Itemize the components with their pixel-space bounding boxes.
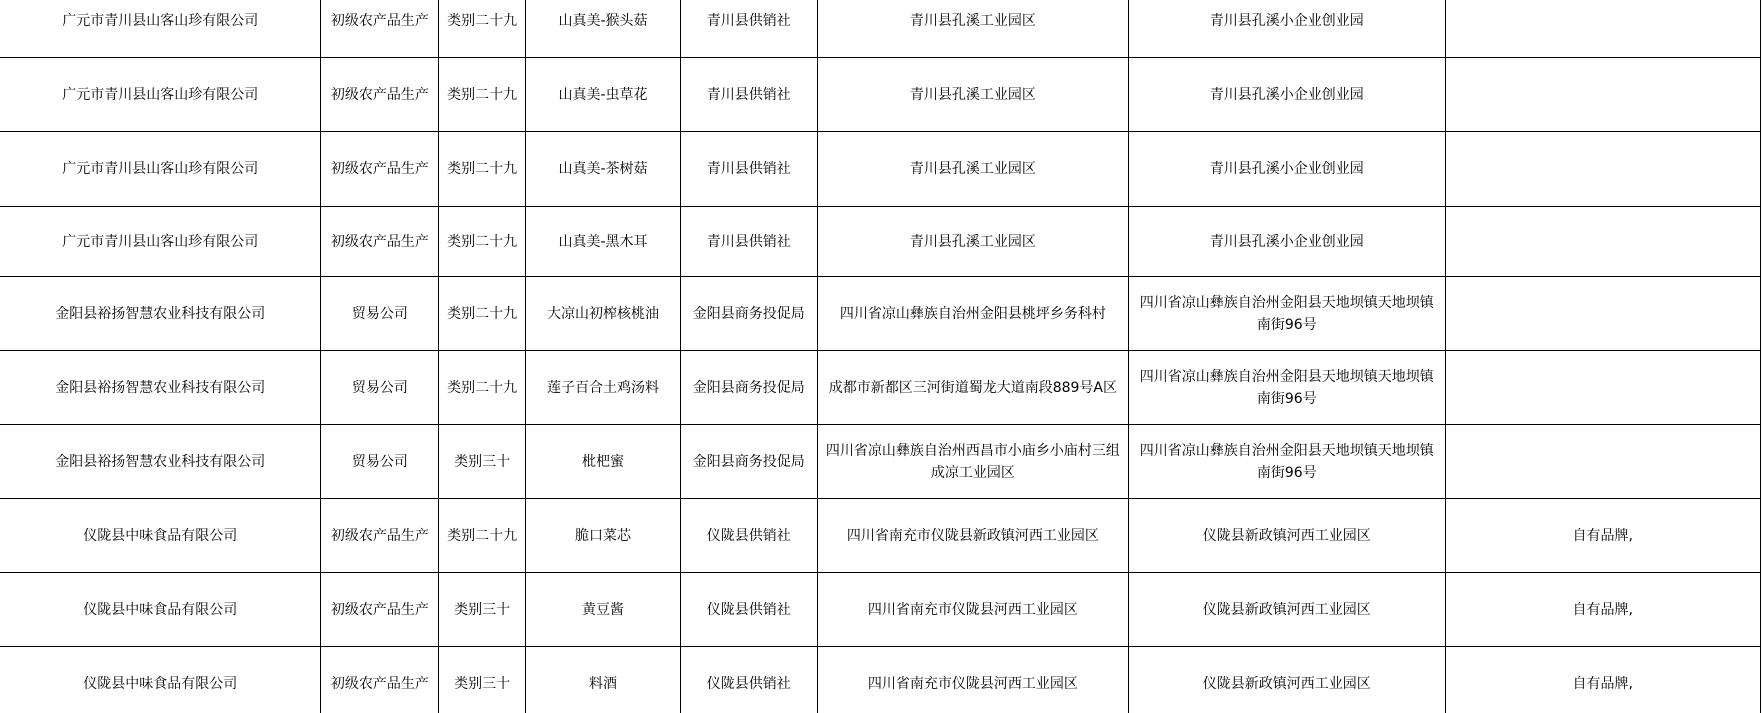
cell-org: 仪陇县供销社 [680, 647, 817, 713]
cell-product: 莲子百合土鸡汤料 [526, 351, 681, 425]
cell-category: 类别二十九 [439, 277, 526, 351]
cell-brand [1445, 425, 1761, 499]
cell-category: 类别二十九 [439, 58, 526, 132]
cell-org: 金阳县商务投促局 [680, 277, 817, 351]
cell-address: 青川县孔溪工业园区 [817, 58, 1128, 132]
cell-park: 四川省凉山彝族自治州金阳县天地坝镇天地坝镇南街96号 [1129, 351, 1445, 425]
cell-address: 四川省南充市仪陇县新政镇河西工业园区 [817, 499, 1128, 573]
cell-park: 仪陇县新政镇河西工业园区 [1129, 499, 1445, 573]
cell-park: 青川县孔溪小企业创业园 [1129, 58, 1445, 132]
cell-address: 四川省凉山彝族自治州金阳县桃坪乡务科村 [817, 277, 1128, 351]
cell-product: 山真美-黑木耳 [526, 207, 681, 277]
table-row: 仪陇县中味食品有限公司 初级农产品生产 类别三十 黄豆酱 仪陇县供销社 四川省南… [0, 573, 1761, 647]
cell-product: 枇杷蜜 [526, 425, 681, 499]
cell-type: 贸易公司 [321, 425, 439, 499]
cell-address: 青川县孔溪工业园区 [817, 207, 1128, 277]
table-row: 广元市青川县山客山珍有限公司 初级农产品生产 类别二十九 山真美-虫草花 青川县… [0, 58, 1761, 132]
cell-category: 类别二十九 [439, 0, 526, 58]
cell-org: 青川县供销社 [680, 207, 817, 277]
cell-address: 青川县孔溪工业园区 [817, 0, 1128, 58]
cell-company: 广元市青川县山客山珍有限公司 [0, 58, 321, 132]
cell-product: 山真美-虫草花 [526, 58, 681, 132]
cell-company: 广元市青川县山客山珍有限公司 [0, 207, 321, 277]
cell-org: 金阳县商务投促局 [680, 425, 817, 499]
cell-park: 青川县孔溪小企业创业园 [1129, 0, 1445, 58]
cell-company: 仪陇县中味食品有限公司 [0, 647, 321, 713]
cell-product: 山真美-茶树菇 [526, 132, 681, 207]
cell-org: 青川县供销社 [680, 58, 817, 132]
cell-company: 金阳县裕扬智慧农业科技有限公司 [0, 425, 321, 499]
table-row: 金阳县裕扬智慧农业科技有限公司 贸易公司 类别三十 枇杷蜜 金阳县商务投促局 四… [0, 425, 1761, 499]
cell-type: 贸易公司 [321, 351, 439, 425]
cell-brand [1445, 277, 1761, 351]
cell-brand: 自有品牌, [1445, 499, 1761, 573]
cell-address: 四川省凉山彝族自治州西昌市小庙乡小庙村三组成凉工业园区 [817, 425, 1128, 499]
cell-category: 类别二十九 [439, 351, 526, 425]
cell-park: 四川省凉山彝族自治州金阳县天地坝镇天地坝镇南街96号 [1129, 425, 1445, 499]
cell-product: 脆口菜芯 [526, 499, 681, 573]
cell-product: 大凉山初榨核桃油 [526, 277, 681, 351]
cell-address: 青川县孔溪工业园区 [817, 132, 1128, 207]
table-row: 广元市青川县山客山珍有限公司 初级农产品生产 类别二十九 山真美-茶树菇 青川县… [0, 132, 1761, 207]
cell-park: 四川省凉山彝族自治州金阳县天地坝镇天地坝镇南街96号 [1129, 277, 1445, 351]
cell-type: 初级农产品生产 [321, 499, 439, 573]
cell-address: 四川省南充市仪陇县河西工业园区 [817, 647, 1128, 713]
cell-org: 青川县供销社 [680, 0, 817, 58]
cell-category: 类别二十九 [439, 207, 526, 277]
cell-category: 类别三十 [439, 573, 526, 647]
cell-company: 广元市青川县山客山珍有限公司 [0, 0, 321, 58]
cell-company: 仪陇县中味食品有限公司 [0, 573, 321, 647]
cell-category: 类别二十九 [439, 132, 526, 207]
cell-park: 仪陇县新政镇河西工业园区 [1129, 573, 1445, 647]
cell-address: 四川省南充市仪陇县河西工业园区 [817, 573, 1128, 647]
cell-product: 黄豆酱 [526, 573, 681, 647]
cell-park: 青川县孔溪小企业创业园 [1129, 207, 1445, 277]
cell-org: 仪陇县供销社 [680, 499, 817, 573]
cell-brand: 自有品牌, [1445, 647, 1761, 713]
cell-brand [1445, 0, 1761, 58]
cell-company: 金阳县裕扬智慧农业科技有限公司 [0, 277, 321, 351]
cell-company: 金阳县裕扬智慧农业科技有限公司 [0, 351, 321, 425]
cell-category: 类别三十 [439, 647, 526, 713]
cell-type: 贸易公司 [321, 277, 439, 351]
table-row: 仪陇县中味食品有限公司 初级农产品生产 类别二十九 脆口菜芯 仪陇县供销社 四川… [0, 499, 1761, 573]
cell-type: 初级农产品生产 [321, 58, 439, 132]
cell-company: 广元市青川县山客山珍有限公司 [0, 132, 321, 207]
cell-type: 初级农产品生产 [321, 132, 439, 207]
cell-address: 成都市新都区三河街道蜀龙大道南段889号A区 [817, 351, 1128, 425]
cell-type: 初级农产品生产 [321, 573, 439, 647]
cell-park: 青川县孔溪小企业创业园 [1129, 132, 1445, 207]
table-row: 广元市青川县山客山珍有限公司 初级农产品生产 类别二十九 山真美-黑木耳 青川县… [0, 207, 1761, 277]
cell-category: 类别三十 [439, 425, 526, 499]
cell-brand [1445, 351, 1761, 425]
cell-brand: 自有品牌, [1445, 573, 1761, 647]
table-row: 广元市青川县山客山珍有限公司 初级农产品生产 类别二十九 山真美-猴头菇 青川县… [0, 0, 1761, 58]
table-row: 仪陇县中味食品有限公司 初级农产品生产 类别三十 料酒 仪陇县供销社 四川省南充… [0, 647, 1761, 713]
cell-product: 山真美-猴头菇 [526, 0, 681, 58]
table-row: 金阳县裕扬智慧农业科技有限公司 贸易公司 类别二十九 大凉山初榨核桃油 金阳县商… [0, 277, 1761, 351]
cell-company: 仪陇县中味食品有限公司 [0, 499, 321, 573]
table-viewport: 广元市青川县山客山珍有限公司 初级农产品生产 类别二十九 山真美-猴头菇 青川县… [0, 0, 1762, 713]
cell-type: 初级农产品生产 [321, 207, 439, 277]
cell-type: 初级农产品生产 [321, 0, 439, 58]
cell-org: 青川县供销社 [680, 132, 817, 207]
products-table: 广元市青川县山客山珍有限公司 初级农产品生产 类别二十九 山真美-猴头菇 青川县… [0, 0, 1761, 713]
cell-product: 料酒 [526, 647, 681, 713]
cell-org: 仪陇县供销社 [680, 573, 817, 647]
table-row: 金阳县裕扬智慧农业科技有限公司 贸易公司 类别二十九 莲子百合土鸡汤料 金阳县商… [0, 351, 1761, 425]
cell-brand [1445, 58, 1761, 132]
cell-brand [1445, 132, 1761, 207]
cell-brand [1445, 207, 1761, 277]
cell-park: 仪陇县新政镇河西工业园区 [1129, 647, 1445, 713]
cell-type: 初级农产品生产 [321, 647, 439, 713]
cell-org: 金阳县商务投促局 [680, 351, 817, 425]
cell-category: 类别二十九 [439, 499, 526, 573]
